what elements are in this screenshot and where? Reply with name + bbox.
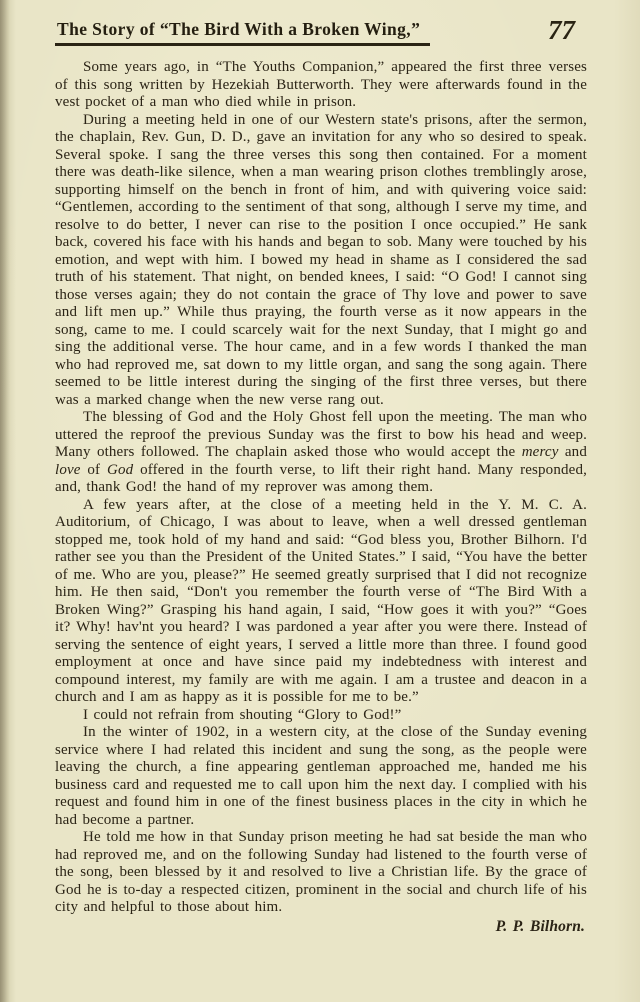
page-number: 77 [548, 17, 575, 44]
italic-run: mercy [522, 444, 559, 460]
text-run: Some years ago, in “The Youths Companion… [55, 59, 587, 110]
italic-run: love [55, 462, 81, 478]
text-run: of [81, 462, 107, 478]
paragraph: He told me how in that Sunday prison mee… [55, 829, 587, 917]
text-run: I could not refrain from shouting “Glory… [83, 707, 401, 723]
body-text: Some years ago, in “The Youths Companion… [55, 59, 587, 935]
gutter-shadow [0, 0, 10, 1002]
author-signature: P. P. Bilhorn. [55, 918, 587, 936]
text-run: offered in the fourth verse, to lift the… [55, 462, 587, 496]
paragraph: I could not refrain from shouting “Glory… [55, 707, 587, 725]
italic-run: God [107, 462, 133, 478]
paragraph: Some years ago, in “The Youths Companion… [55, 59, 587, 112]
paragraph: During a meeting held in one of our West… [55, 112, 587, 410]
paragraph: The blessing of God and the Holy Ghost f… [55, 409, 587, 497]
text-run: The blessing of God and the Holy Ghost f… [55, 409, 587, 460]
text-run: He told me how in that Sunday prison mee… [55, 829, 587, 915]
text-run: In the winter of 1902, in a western city… [55, 724, 587, 828]
text-run: and [559, 444, 587, 460]
text-run: A few years after, at the close of a mee… [55, 497, 587, 706]
paragraph: In the winter of 1902, in a western city… [55, 724, 587, 829]
page-header: The Story of “The Bird With a Broken Win… [55, 16, 587, 46]
text-run: During a meeting held in one of our West… [55, 112, 587, 408]
book-page: The Story of “The Bird With a Broken Win… [0, 0, 640, 1002]
paragraph: A few years after, at the close of a mee… [55, 497, 587, 707]
page-title: The Story of “The Bird With a Broken Win… [55, 19, 430, 46]
